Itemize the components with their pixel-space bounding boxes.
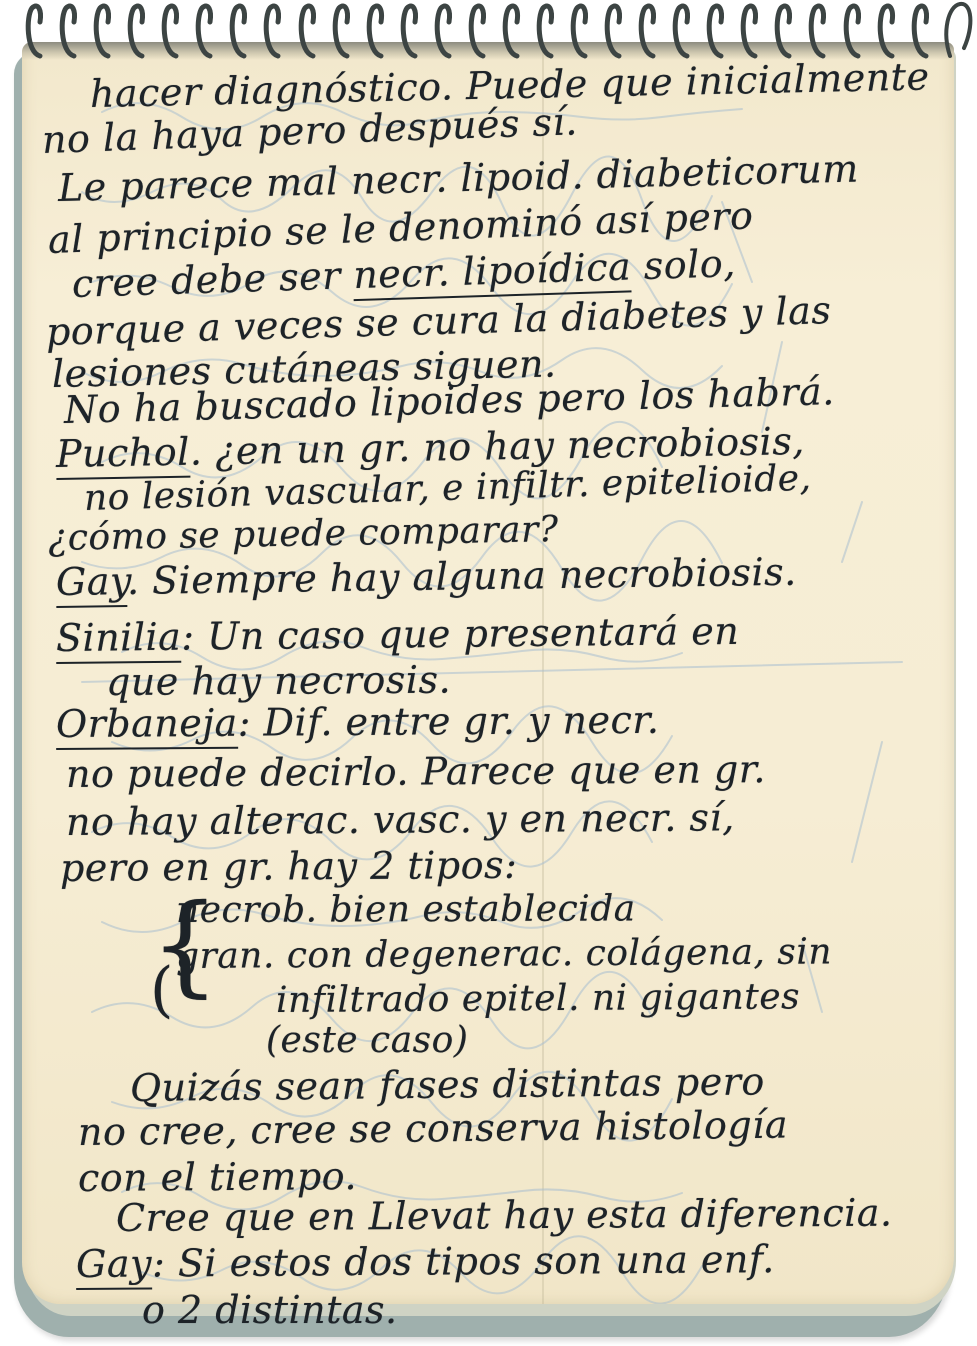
handwritten-line: no hay alterac. vasc. y en necr. sí, [66,795,735,844]
handwritten-line: no cree, cree se conserva histología [78,1103,788,1154]
underlined-name: necr. lipoídica [353,244,632,301]
underlined-name: Gay [56,559,128,608]
underlined-name: Gay [76,1241,152,1290]
handwritten-text-block: hacer diagnóstico. Puede que inicialment… [0,0,977,1346]
underlined-name: Orbaneja [56,701,238,750]
spiral-notebook: hacer diagnóstico. Puede que inicialment… [0,0,977,1346]
handwritten-line: Sinilia: Un caso que presentará en [56,609,740,660]
handwritten-line: Gay. Siempre hay alguna necrobiosis. [56,550,797,604]
handwritten-line: Cree que en Llevat hay esta diferencia. [116,1191,893,1240]
parenthesis-mark: ( [150,955,174,1025]
handwritten-line: no puede decirlo. Parece que en gr. [66,747,766,796]
handwritten-line: ¿cómo se puede comparar? [48,509,559,559]
handwritten-line: (este caso) [266,1020,468,1061]
handwritten-line: gran. con degenerac. colágena, sin [176,931,832,977]
underlined-name: Sinilia [56,615,182,664]
handwritten-line: infiltrado epitel. ni gigantes [276,976,800,1021]
handwritten-line: necrob. bien establecida [176,888,636,931]
handwritten-line: con el tiempo. [78,1154,357,1200]
handwritten-line: o 2 distintas. [142,1288,398,1332]
handwritten-line: Gay: Si estos dos tipos son una enf. [76,1237,775,1286]
handwritten-line: pero en gr. hay 2 tipos: [60,843,518,890]
handwritten-line: Quizás sean fases distintas pero [130,1059,765,1110]
handwritten-line: Orbaneja: Dif. entre gr. y necr. [56,698,660,746]
underlined-name: Puchol [56,430,191,480]
handwritten-line: que hay necrosis. [106,658,451,704]
